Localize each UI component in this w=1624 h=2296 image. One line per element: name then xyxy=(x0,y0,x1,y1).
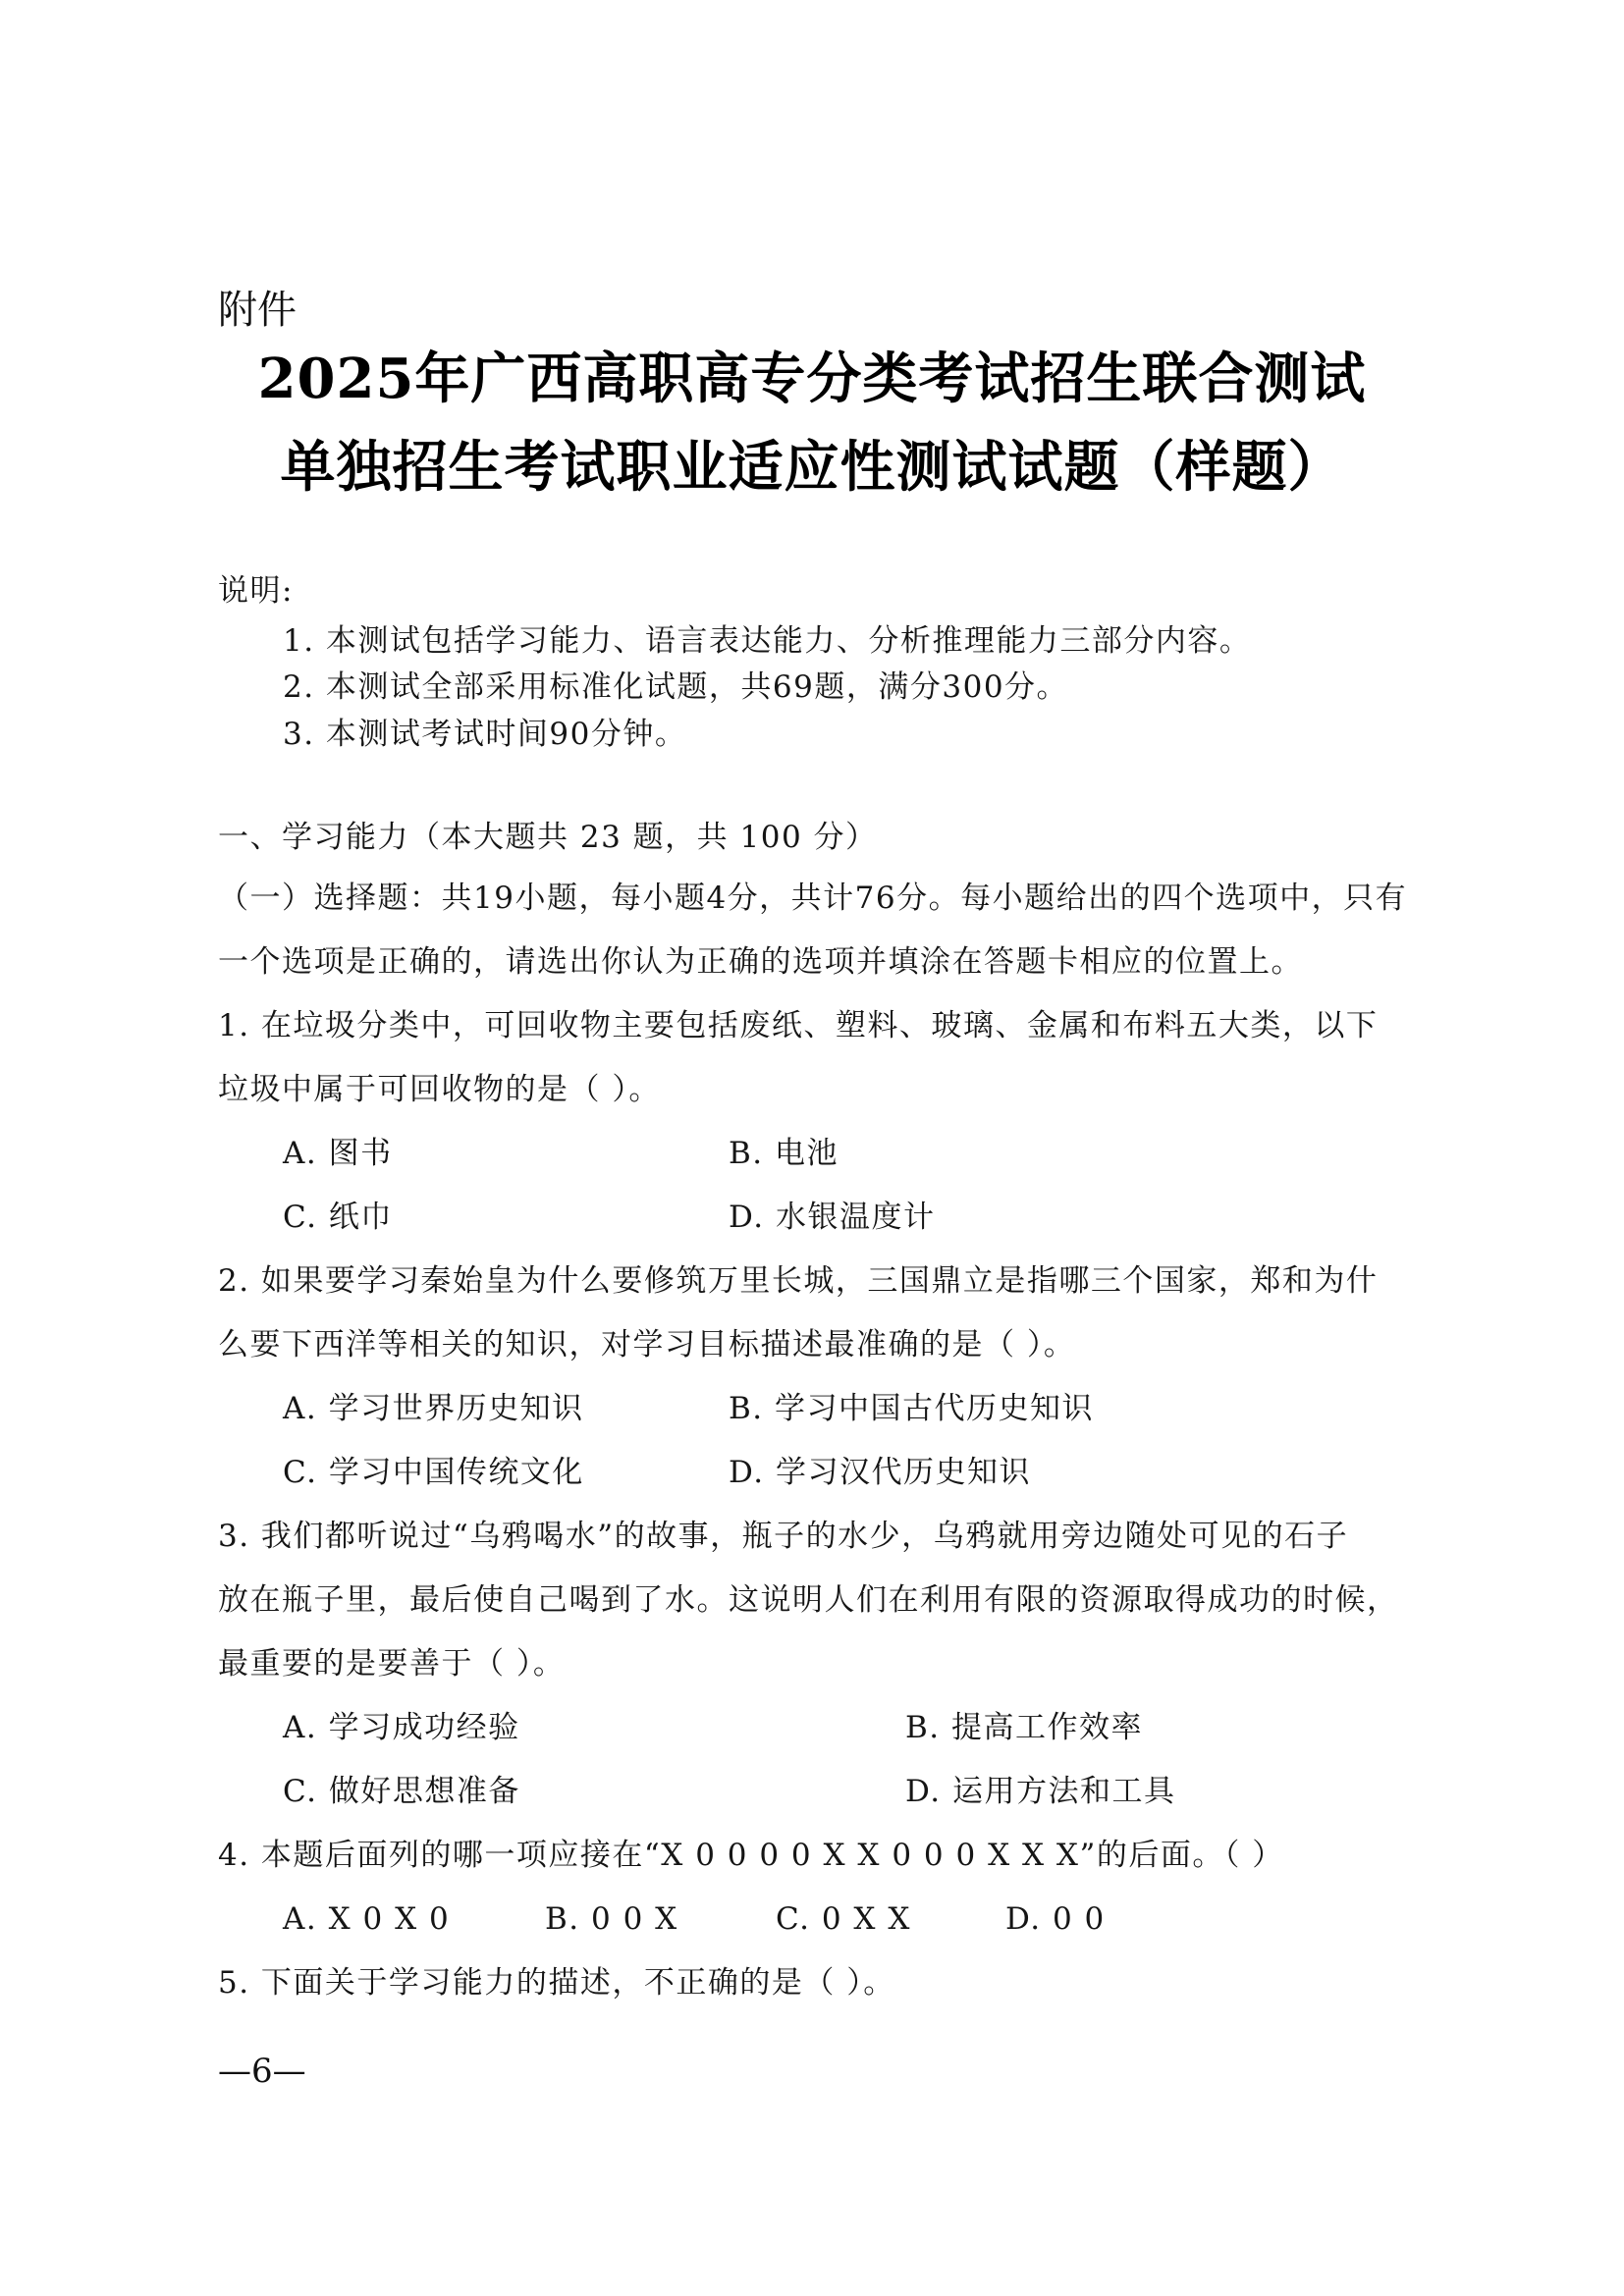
question-4-option-a: A. X 0 X 0 xyxy=(283,1904,450,1935)
question-1-option-d: D. 水银温度计 xyxy=(729,1202,935,1233)
question-4-option-c: C. 0 X X xyxy=(776,1904,911,1935)
note-item: 1. 本测试包括学习能力、语言表达能力、分析推理能力三部分内容。 xyxy=(283,626,1251,657)
question-3-option-c: C. 做好思想准备 xyxy=(283,1777,520,1807)
question-3-option-a: A. 学习成功经验 xyxy=(283,1713,520,1743)
question-2-option-a: A. 学习世界历史知识 xyxy=(283,1394,584,1424)
question-5-text-line: 5. 下面关于学习能力的描述，不正确的是（ ）。 xyxy=(218,1968,895,1999)
document-title-line-1: 2025年广西高职高专分类考试招生联合测试 xyxy=(0,351,1624,406)
question-3-option-d: D. 运用方法和工具 xyxy=(905,1777,1175,1807)
question-1-option-a: A. 图书 xyxy=(283,1139,393,1169)
question-2-text-line: 2. 如果要学习秦始皇为什么要修筑万里长城，三国鼎立是指哪三个国家，郑和为什 xyxy=(218,1266,1378,1297)
subsection-instructions-line: （一）选择题：共19小题，每小题4分，共计76分。每小题给出的四个选项中，只有 xyxy=(218,883,1407,914)
question-1-option-b: B. 电池 xyxy=(729,1139,839,1169)
question-3-text-line: 最重要的是要善于（ ）。 xyxy=(218,1649,565,1680)
question-2-option-b: B. 学习中国古代历史知识 xyxy=(729,1394,1094,1424)
question-3-text-line: 3. 我们都听说过“乌鸦喝水”的故事，瓶子的水少，乌鸦就用旁边随处可见的石子 xyxy=(218,1522,1348,1552)
document-title-line-2: 单独招生考试职业适应性测试试题（样题） xyxy=(0,440,1624,495)
question-3-text-line: 放在瓶子里，最后使自己喝到了水。这说明人们在利用有限的资源取得成功的时候， xyxy=(218,1585,1399,1616)
note-item: 3. 本测试考试时间90分钟。 xyxy=(283,720,686,750)
question-2-option-d: D. 学习汉代历史知识 xyxy=(729,1458,1031,1488)
question-4-option-d: D. 0 0 xyxy=(1005,1904,1106,1935)
notes-label: 说明: xyxy=(218,576,294,607)
section-header: 一、学习能力（本大题共 23 题，共 100 分） xyxy=(218,823,878,853)
attachment-label: 附件 xyxy=(218,291,297,330)
question-1-text-line: 垃圾中属于可回收物的是（ ）。 xyxy=(218,1075,661,1105)
subsection-instructions-line: 一个选项是正确的，请选出你认为正确的选项并填涂在答题卡相应的位置上。 xyxy=(218,947,1303,978)
question-2-option-c: C. 学习中国传统文化 xyxy=(283,1458,584,1488)
note-item: 2. 本测试全部采用标准化试题，共69题，满分300分。 xyxy=(283,672,1068,703)
document-page: 附件 2025年广西高职高专分类考试招生联合测试 单独招生考试职业适应性测试试题… xyxy=(0,0,1624,2296)
question-3-option-b: B. 提高工作效率 xyxy=(905,1713,1143,1743)
question-1-text-line: 1. 在垃圾分类中，可回收物主要包括废纸、塑料、玻璃、金属和布料五大类，以下 xyxy=(218,1011,1378,1041)
page-number: —6— xyxy=(218,2055,306,2088)
question-2-text-line: 么要下西洋等相关的知识，对学习目标描述最准确的是（ ）。 xyxy=(218,1330,1075,1361)
question-4-text-line: 4. 本题后面列的哪一项应接在“X 0 0 0 0 X X 0 0 0 X X … xyxy=(218,1841,1284,1871)
question-4-option-b: B. 0 0 X xyxy=(545,1904,678,1935)
question-1-option-c: C. 纸巾 xyxy=(283,1202,393,1233)
